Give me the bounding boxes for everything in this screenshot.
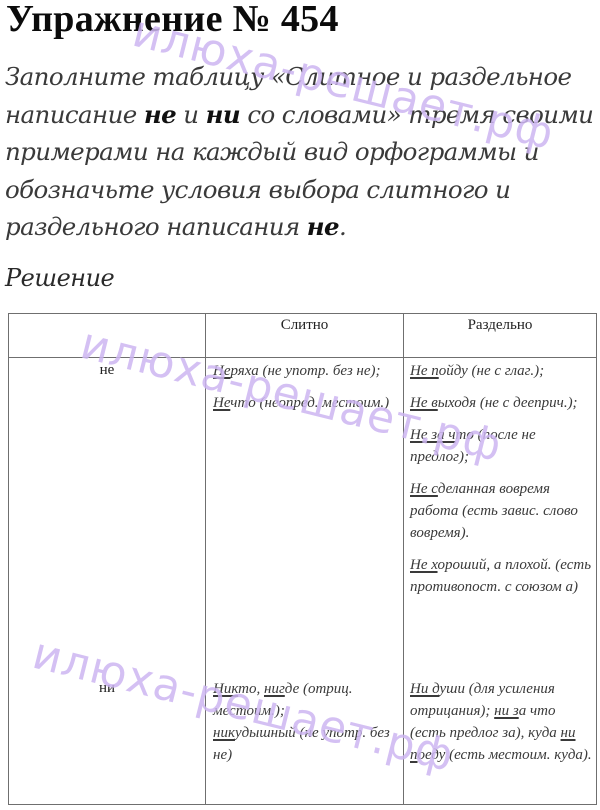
- task-line: написание не и ни со словами» тремя свои…: [5, 96, 600, 134]
- header-divider: [9, 357, 596, 358]
- task-line: примерами на каждый вид орфограммы и: [5, 133, 600, 171]
- cell-ni-separate: Ни души (для усиления отрицания); ни за …: [410, 678, 594, 776]
- example-entry: Неряха (не употр. без не);: [213, 360, 399, 382]
- task-line: раздельного написания не.: [5, 208, 600, 246]
- header-together: Слитно: [206, 317, 403, 334]
- solution-table: Слитно Раздельно не Неряха (не употр. бе…: [8, 313, 597, 805]
- task-line: Заполните таблицу «Слитное и раздельное: [5, 58, 600, 96]
- example-entry: Ни души (для усиления отрицания); ни за …: [410, 678, 594, 766]
- row-label-ni: ни: [9, 680, 205, 697]
- example-entry: Не пойду (не с глаг.);: [410, 360, 594, 382]
- column-divider: [403, 314, 404, 804]
- task-text: Заполните таблицу «Слитное и раздельноен…: [5, 58, 600, 246]
- header-separate: Раздельно: [404, 317, 596, 334]
- row-label-ne: не: [9, 362, 205, 379]
- task-line: обозначьте условия выбора слитного и: [5, 171, 600, 209]
- example-entry: никудышный (не употр. без не): [213, 722, 399, 766]
- example-entry: Нечто (неопред. местоим.): [213, 392, 399, 414]
- column-divider: [205, 314, 206, 804]
- solution-label: Решение: [5, 260, 114, 296]
- cell-ni-together: Никто, нигде (отриц. местоим.);никудышны…: [213, 678, 399, 766]
- cell-ne-together: Неряха (не употр. без не);Нечто (неопред…: [213, 360, 399, 424]
- example-entry: Не хороший, а плохой. (есть противопост.…: [410, 554, 594, 598]
- example-entry: Не сделанная вовремя работа (есть завис.…: [410, 478, 594, 544]
- example-entry: Не за что (после не предлог);: [410, 424, 594, 468]
- example-entry: Не выходя (не с дееприч.);: [410, 392, 594, 414]
- page-title: Упражнение № 454: [6, 0, 339, 42]
- cell-ne-separate: Не пойду (не с глаг.);Не выходя (не с де…: [410, 360, 594, 608]
- example-entry: Никто, нигде (отриц. местоим.);: [213, 678, 399, 722]
